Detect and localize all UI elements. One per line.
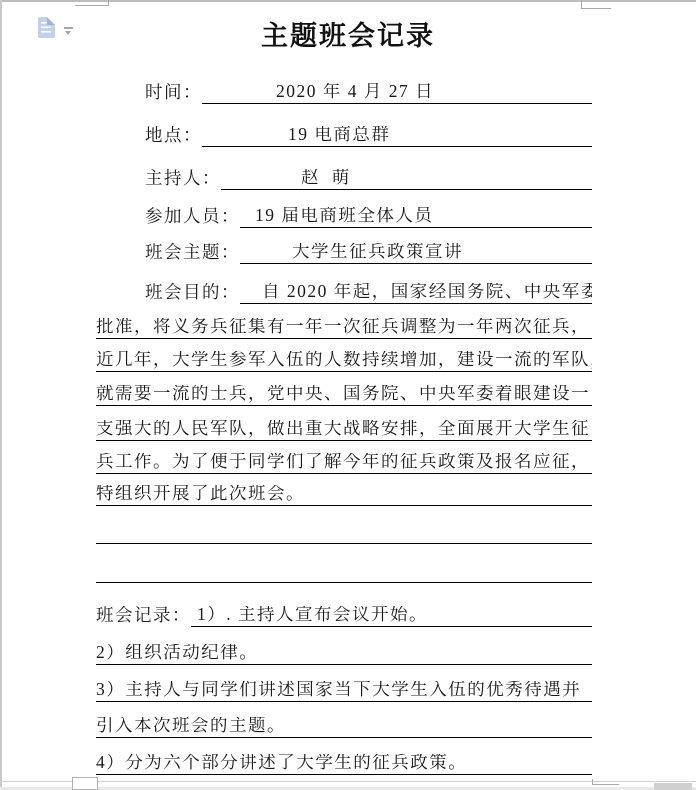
field-row-host: 主持人： 赵 萌 — [145, 162, 592, 190]
purpose-line-text: 支强大的人民军队，做出重大战略安排，全面展开大学生征 — [96, 420, 592, 442]
record-line: 2）组织活动纪律。 — [96, 637, 592, 665]
purpose-line-text: 特组织开展了此次班会。 — [96, 485, 592, 507]
field-label: 主持人： — [145, 170, 221, 191]
record-line-text: 3）主持人与同学们讲述国家当下大学生入伍的优秀待遇并 — [96, 681, 592, 703]
purpose-line-text: 批准，将义务兵征集有一年一次征兵调整为一年两次征兵， — [96, 318, 592, 340]
text-boundary-mark-top-right — [581, 0, 611, 9]
purpose-first-line: 自 2020 年起，国家经国务院、中央军委 — [240, 283, 592, 305]
purpose-line-text — [96, 579, 592, 583]
purpose-line: 近几年，大学生参军入伍的人数持续增加，建设一流的军队， — [96, 344, 592, 372]
purpose-line: 批准，将义务兵征集有一年一次征兵调整为一年两次征兵， — [96, 311, 592, 339]
purpose-line: 支强大的人民军队，做出重大战略安排，全面展开大学生征 — [96, 413, 592, 441]
field-label: 班会主题： — [145, 244, 240, 265]
field-row-location: 地点： 19 电商总群 — [145, 119, 592, 147]
purpose-line-text — [96, 540, 592, 544]
purpose-label: 班会目的： — [145, 284, 240, 305]
record-line-text: 4）分为六个部分讲述了大学生的征兵政策。 — [96, 754, 592, 776]
record-label: 班会记录： — [96, 607, 191, 628]
field-label: 地点： — [145, 127, 202, 148]
field-value: 赵 萌 — [221, 169, 592, 191]
text-boundary-mark-bottom-left — [72, 777, 98, 790]
purpose-line-text: 近几年，大学生参军入伍的人数持续增加，建设一流的军队， — [96, 351, 592, 373]
purpose-blank-line — [96, 555, 592, 583]
field-value: 大学生征兵政策宣讲 — [240, 243, 592, 265]
field-value: 19 届电商班全体人员 — [240, 207, 592, 229]
text-boundary-mark-bottom-right — [592, 779, 619, 785]
record-line: 引入本次班会的主题。 — [96, 710, 592, 738]
record-line-text: 2）组织活动纪律。 — [96, 644, 592, 666]
field-value: 19 电商总群 — [202, 126, 592, 148]
field-row-participants: 参加人员： 19 届电商班全体人员 — [145, 200, 592, 228]
page-left-border — [0, 0, 2, 790]
purpose-row-first: 班会目的： 自 2020 年起，国家经国务院、中央军委 — [145, 276, 592, 304]
record-line: 3）主持人与同学们讲述国家当下大学生入伍的优秀待遇并 — [96, 674, 592, 702]
field-label: 参加人员： — [145, 208, 240, 229]
field-value: 2020 年 4 月 27 日 — [202, 83, 592, 105]
record-line-text: 引入本次班会的主题。 — [96, 717, 592, 739]
text-boundary-mark-top-left — [75, 0, 109, 6]
purpose-line: 特组织开展了此次班会。 — [96, 478, 592, 506]
record-line: 4）分为六个部分讲述了大学生的征兵政策。 — [96, 747, 592, 775]
field-row-topic: 班会主题： 大学生征兵政策宣讲 — [145, 236, 592, 264]
purpose-line: 就需要一流的士兵，党中央、国务院、中央军委着眼建设一 — [96, 378, 592, 406]
word-document-page: 主题班会记录 时间： 2020 年 4 月 27 日 地点： 19 电商总群 主… — [0, 0, 696, 790]
page-title: 主题班会记录 — [0, 14, 696, 53]
purpose-line-text: 兵工作。为了便于同学们了解今年的征兵政策及报名应征， — [96, 453, 592, 475]
field-label: 时间： — [145, 84, 202, 105]
purpose-blank-line — [96, 516, 592, 544]
bottom-right-corner-block — [654, 783, 692, 790]
field-row-time: 时间： 2020 年 4 月 27 日 — [145, 76, 592, 104]
purpose-line: 兵工作。为了便于同学们了解今年的征兵政策及报名应征， — [96, 446, 592, 474]
record-first-line: 1）. 主持人宣布会议开始。 — [191, 606, 592, 628]
purpose-line-text: 就需要一流的士兵，党中央、国务院、中央军委着眼建设一 — [96, 385, 592, 407]
record-row-first: 班会记录： 1）. 主持人宣布会议开始。 — [96, 599, 592, 627]
